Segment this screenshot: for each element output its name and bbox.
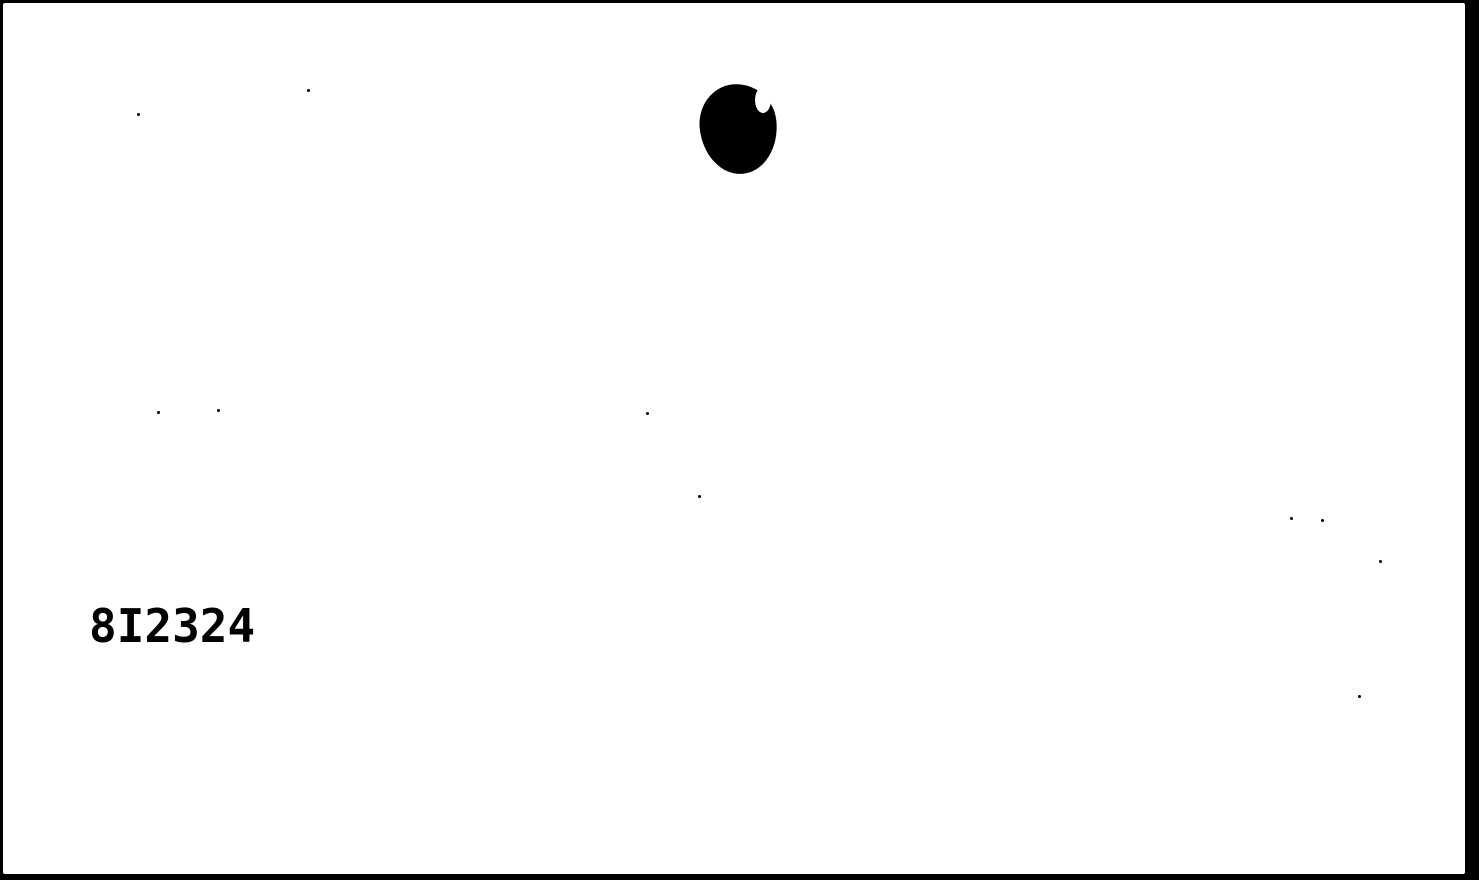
scan-speck (1290, 517, 1293, 520)
scan-speck (698, 495, 701, 498)
punch-hole-notch (755, 87, 771, 113)
scan-speck (1379, 560, 1382, 563)
scan-speck (1321, 519, 1324, 522)
scan-speck (646, 412, 649, 415)
card-number: 8I2324 (89, 603, 255, 649)
scan-speck (137, 113, 140, 116)
scan-speck (1358, 695, 1361, 698)
scan-speck (217, 409, 220, 412)
scan-speck (157, 411, 160, 414)
scan-speck (307, 89, 310, 92)
index-card: 8I2324 (3, 3, 1465, 874)
